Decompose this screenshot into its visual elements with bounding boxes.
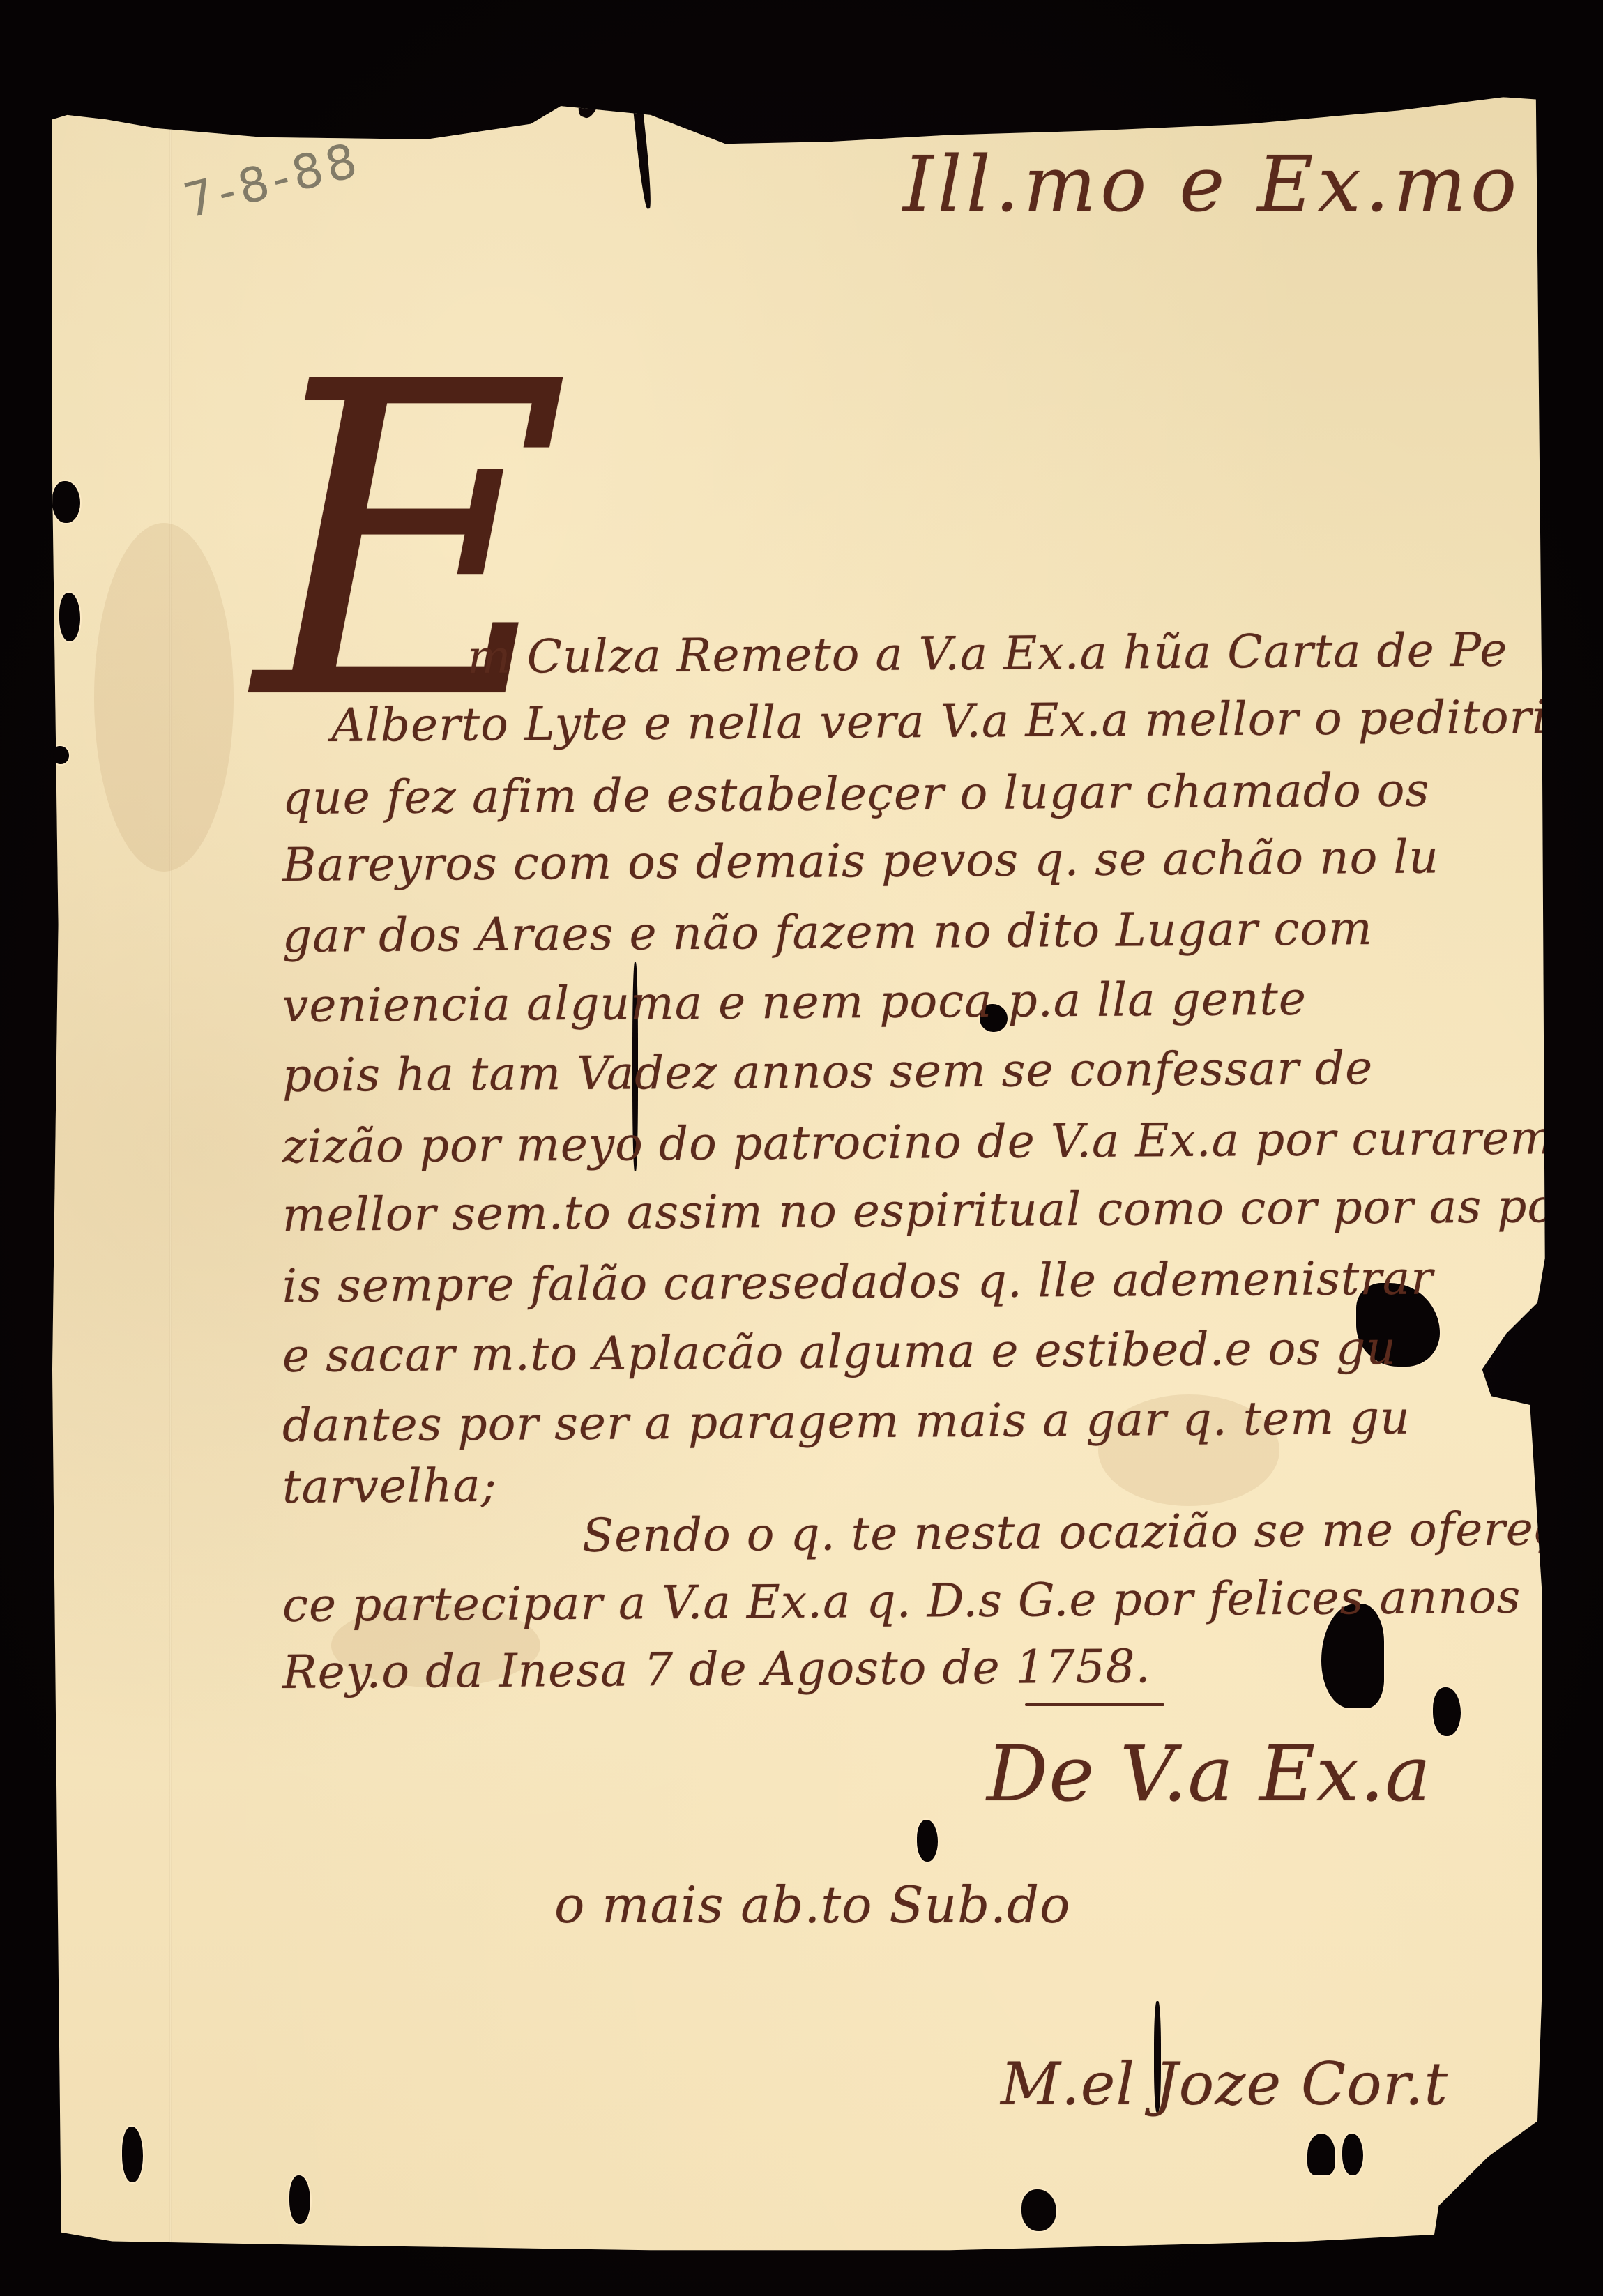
letter-body-line: is sempre falão caresedados q. lle ademe… — [282, 1255, 1434, 1309]
manuscript-page: 7-8-88 Ill.mo e Ex.mo Snr. E m Culza Rem… — [52, 35, 1548, 2259]
paper-hole — [122, 2127, 143, 2182]
letter-body-line: veniencia alguma e nem poca p.a lla gent… — [282, 976, 1307, 1029]
salutation-heading: Ill.mo e Ex.mo Snr. — [903, 139, 1603, 229]
letter-body-line: e sacar m.to Aplacão alguma e estibed.e … — [282, 1325, 1397, 1379]
paper-hole — [1307, 2134, 1335, 2175]
paper-stain — [94, 523, 234, 872]
letter-body-line: Bareyros com os demais pevos q. se achão… — [282, 834, 1439, 888]
letter-body-line: zizão por meyo do patrocino de V.a Ex.a … — [282, 1115, 1554, 1170]
paper-hole — [52, 481, 80, 523]
decorated-initial-letter: E — [254, 328, 571, 760]
paper-hole — [917, 1820, 938, 1862]
place-date-line: Rey.o da Inesa 7 de Agosto de 1758. — [282, 1643, 1151, 1696]
paper-hole — [59, 593, 80, 641]
letter-body-line: Alberto Lyte e nella vera V.a Ex.a mello… — [331, 694, 1576, 749]
letter-body-line: pois ha tam Vadez annos sem se confessar… — [282, 1045, 1374, 1099]
date-underline — [1025, 1703, 1164, 1706]
closing-paragraph-line: Sendo o q. te nesta ocazião se me ofereç… — [582, 1506, 1589, 1559]
pencil-date-annotation: 7-8-88 — [178, 132, 367, 229]
valediction: De V.a Ex.a — [987, 1729, 1431, 1818]
letter-body-line: tarvelha; — [282, 1463, 497, 1510]
closing-paragraph-line: ce partecipar a V.a Ex.a q. D.s G.e por … — [282, 1574, 1521, 1629]
letter-body-line: que fez afim de estabeleçer o lugar cham… — [282, 768, 1430, 821]
paper-hole — [1342, 2134, 1363, 2175]
paper-fold-line — [169, 35, 172, 2259]
valediction-subscription: o mais ab.to Sub.do — [554, 1876, 1070, 1934]
paper-hole — [289, 2175, 310, 2224]
author-signature: M.el Joze Cor.t — [1001, 2050, 1448, 2118]
letter-body-line: m Culza Remeto a V.a Ex.a hũa Carta de P… — [467, 628, 1508, 681]
letter-body-line: mellor sem.to assim no espiritual como c… — [282, 1183, 1556, 1238]
letter-body-line: dantes por ser a paragem mais a gar q. t… — [282, 1395, 1411, 1449]
letter-body-line: gar dos Araes e não fazem no dito Lugar … — [282, 906, 1373, 959]
paper-hole — [1433, 1687, 1461, 1736]
paper-hole — [1021, 2189, 1056, 2231]
